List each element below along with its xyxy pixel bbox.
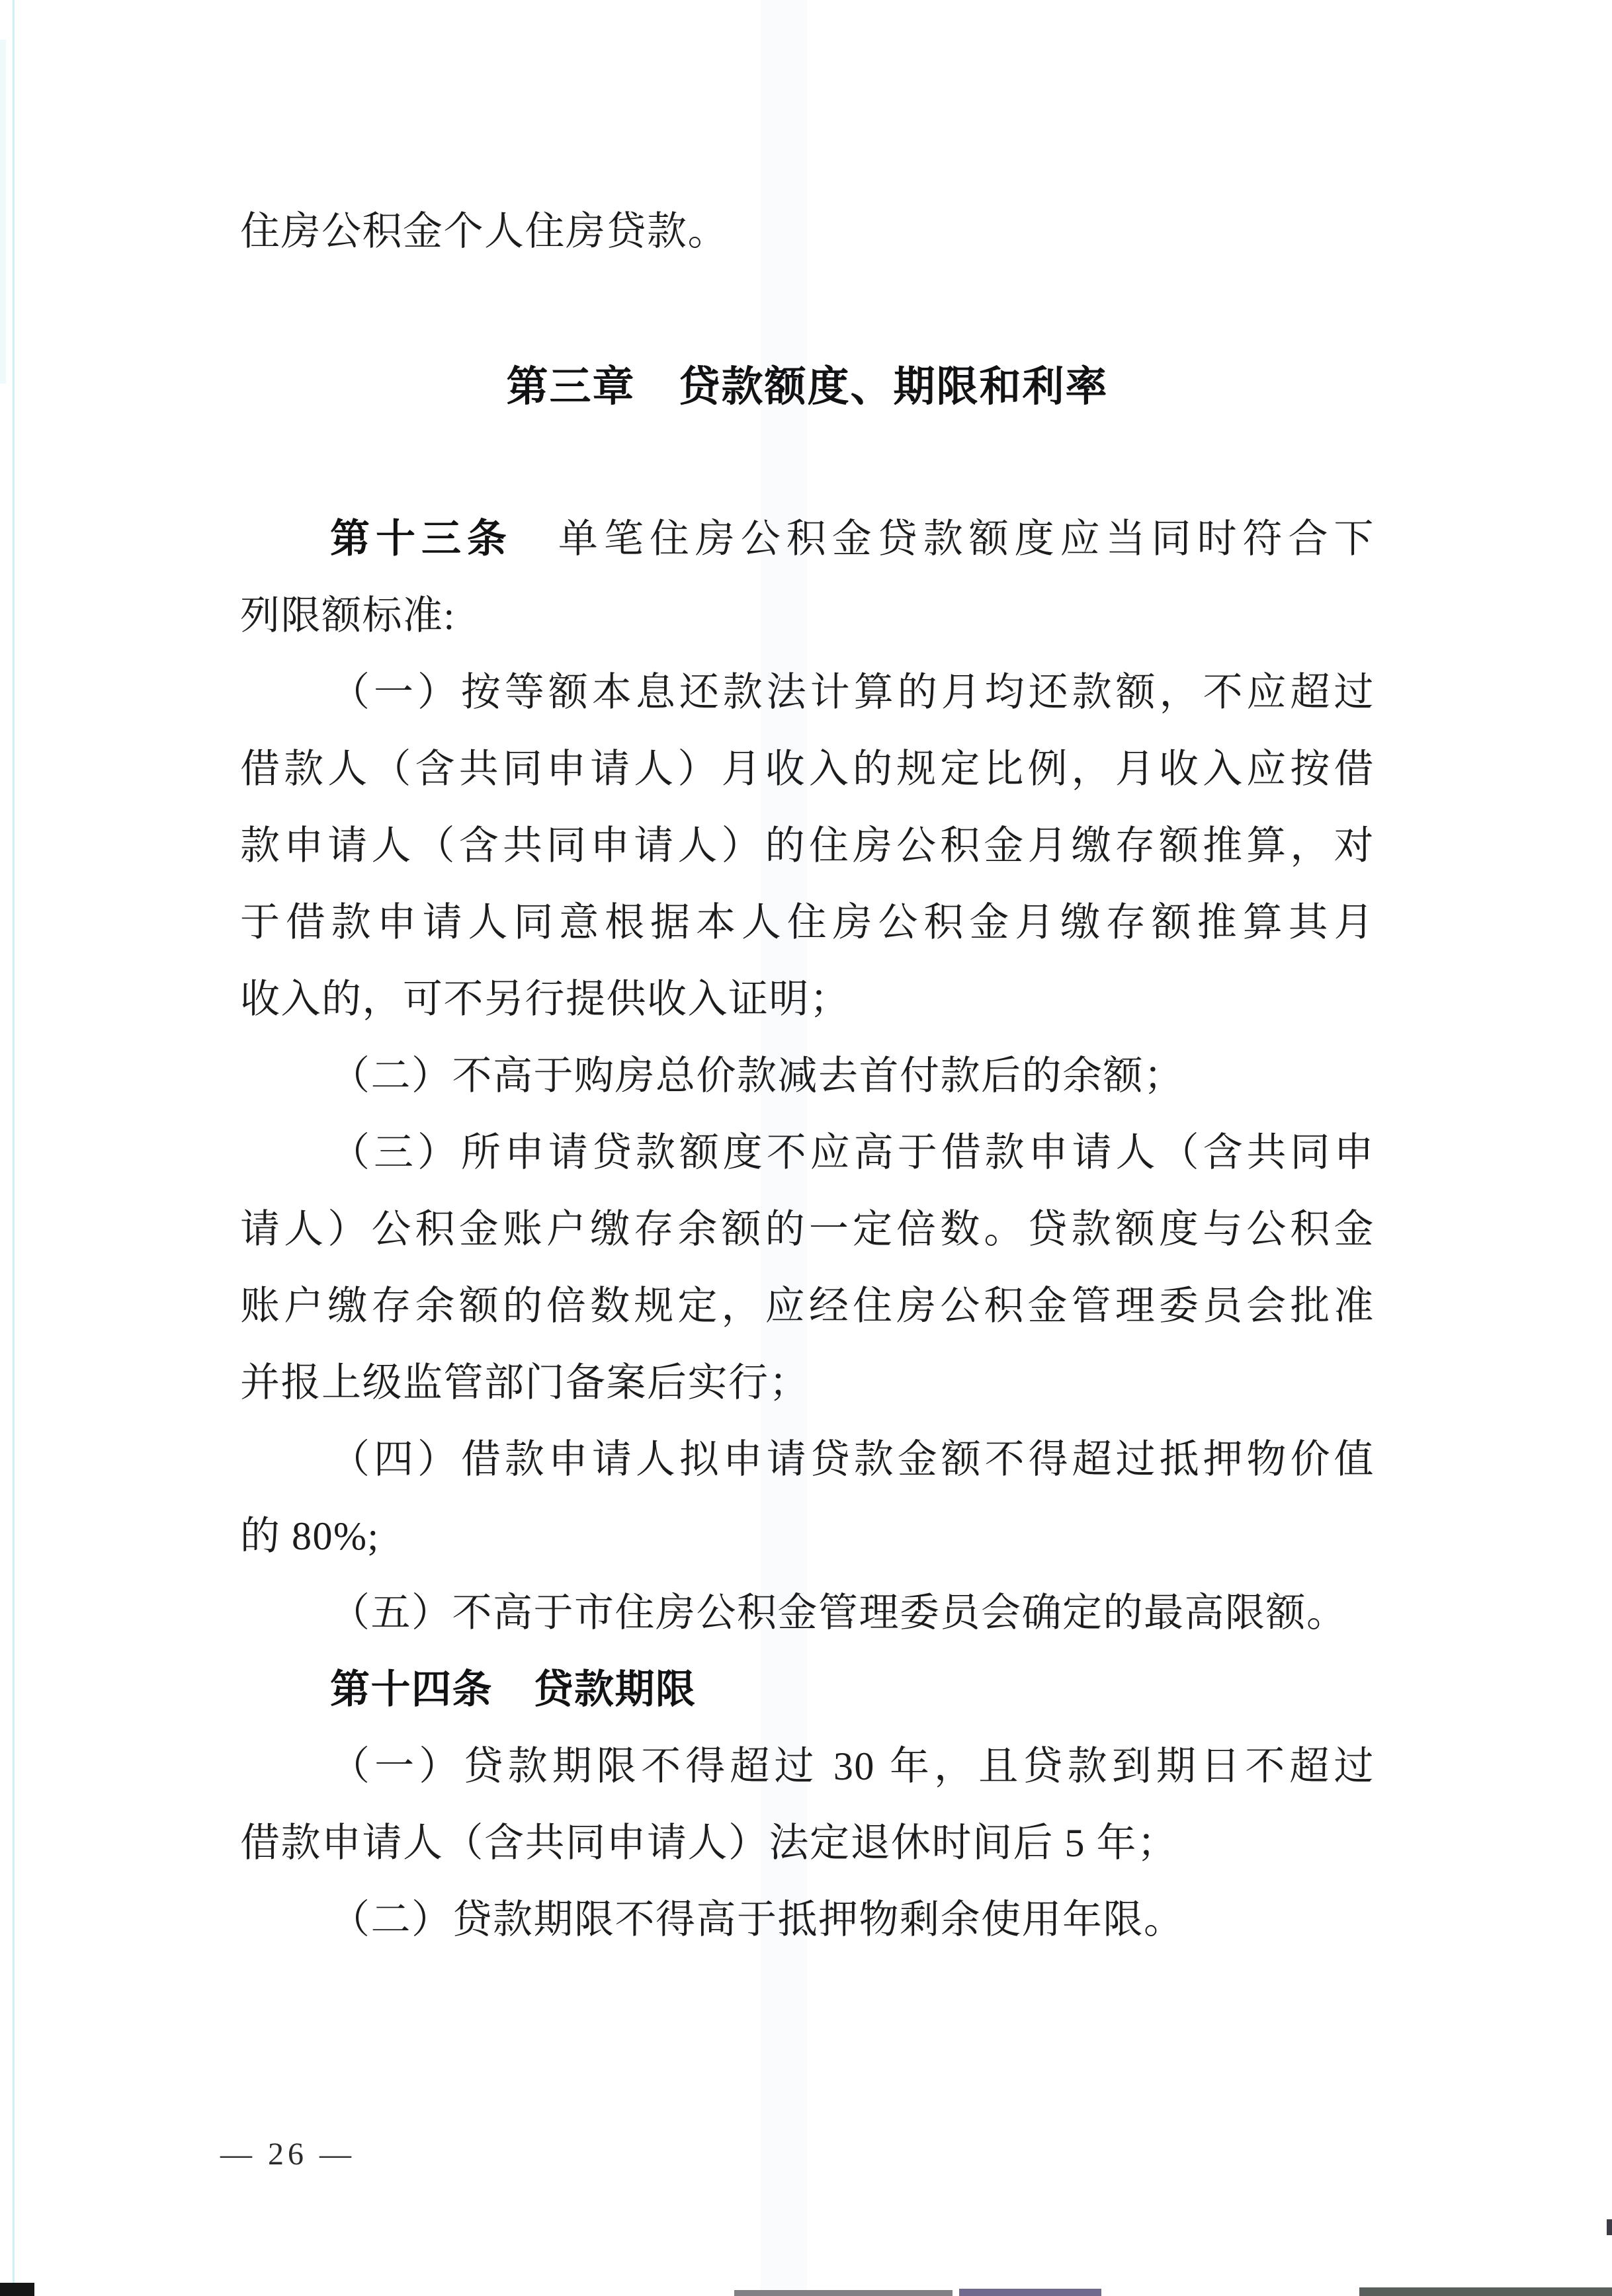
text-line: 借款申请人（含共同申请人）法定退休时间后 5 年； — [240, 1805, 1375, 1881]
line-text: （一）贷款期限不得超过 30 年，且贷款到期日不超过 — [330, 1744, 1375, 1788]
text-line: 账户缴存余额的倍数规定，应经住房公积金管理委员会批准 — [240, 1268, 1375, 1344]
text-line: （二）不高于购房总价款减去首付款后的余额； — [240, 1038, 1375, 1114]
chapter-heading: 第三章 贷款额度、期限和利率 — [240, 348, 1375, 425]
scan-artifact-bottom-edge — [1359, 2287, 1612, 2296]
line-text: （四）借款申请人拟申请贷款金额不得超过抵押物价值 — [330, 1438, 1375, 1481]
continuation-line: 住房公积金个人住房贷款。 — [240, 193, 1375, 270]
text-line: 于借款申请人同意根据本人住房公积金月缴存额推算其月 — [240, 884, 1375, 961]
scan-artifact-bottom-edge — [734, 2290, 953, 2296]
text-line: （三）所申请贷款额度不应高于借款申请人（含共同申 — [240, 1114, 1375, 1191]
text-line: （五）不高于市住房公积金管理委员会确定的最高限额。 — [240, 1575, 1375, 1651]
text-line: 借款人（含共同申请人）月收入的规定比例，月收入应按借 — [240, 731, 1375, 807]
scan-artifact-corner-mark — [0, 2283, 34, 2296]
line-text: （二）不高于购房总价款减去首付款后的余额； — [330, 1054, 1185, 1098]
line-text: 请人）公积金账户缴存余额的一定倍数。贷款额度与公积金 — [240, 1208, 1375, 1251]
text-line: 请人）公积金账户缴存余额的一定倍数。贷款额度与公积金 — [240, 1191, 1375, 1268]
text-line: 第十三条 单笔住房公积金贷款额度应当同时符合下 — [240, 501, 1375, 577]
body-text: 第十三条 单笔住房公积金贷款额度应当同时符合下列限额标准:（一）按等额本息还款法… — [240, 501, 1375, 1958]
scan-artifact-left-blob — [0, 40, 6, 384]
line-text: （二）贷款期限不得高于抵押物剩余使用年限。 — [330, 1898, 1185, 1942]
line-text: 并报上级监管部门备案后实行； — [240, 1361, 810, 1405]
text-line: 的 80%; — [240, 1498, 1375, 1575]
text-line: 款申请人（含共同申请人）的住房公积金月缴存额推算，对 — [240, 807, 1375, 884]
line-text: （五）不高于市住房公积金管理委员会确定的最高限额。 — [330, 1591, 1347, 1635]
line-text: 单笔住房公积金贷款额度应当同时符合下 — [513, 517, 1375, 561]
line-text: 的 80%; — [240, 1514, 380, 1558]
line-text: （一）按等额本息还款法计算的月均还款额，不应超过 — [330, 671, 1375, 714]
line-text: 于借款申请人同意根据本人住房公积金月缴存额推算其月 — [240, 901, 1375, 944]
scan-artifact-cyan-line — [13, 0, 15, 2288]
page-number: — 26 — — [220, 2128, 355, 2181]
line-text: 借款申请人（含共同申请人）法定退休时间后 5 年； — [240, 1821, 1178, 1865]
scan-artifact-right-tick — [1607, 2219, 1612, 2235]
text-line: 收入的，可不另行提供收入证明； — [240, 961, 1375, 1038]
document-page: 住房公积金个人住房贷款。 第三章 贷款额度、期限和利率 第十三条 单笔住房公积金… — [0, 0, 1612, 2296]
line-text: 收入的，可不另行提供收入证明； — [240, 977, 851, 1021]
text-line: 并报上级监管部门备案后实行； — [240, 1344, 1375, 1421]
article-number: 第十三条 — [330, 517, 513, 561]
line-text: 账户缴存余额的倍数规定，应经住房公积金管理委员会批准 — [240, 1284, 1375, 1328]
text-line: （四）借款申请人拟申请贷款金额不得超过抵押物价值 — [240, 1421, 1375, 1498]
text-line: （一）贷款期限不得超过 30 年，且贷款到期日不超过 — [240, 1728, 1375, 1805]
line-text: 款申请人（含共同申请人）的住房公积金月缴存额推算，对 — [240, 824, 1375, 868]
text-line: 第十四条 贷款期限 — [240, 1651, 1375, 1728]
text-line: 列限额标准: — [240, 577, 1375, 654]
text-line: （一）按等额本息还款法计算的月均还款额，不应超过 — [240, 654, 1375, 731]
line-text: 借款人（含共同申请人）月收入的规定比例，月收入应按借 — [240, 747, 1375, 791]
article-number: 第十四条 贷款期限 — [330, 1668, 697, 1711]
scan-artifact-bottom-edge — [959, 2289, 1101, 2296]
text-line: （二）贷款期限不得高于抵押物剩余使用年限。 — [240, 1881, 1375, 1958]
line-text: 列限额标准: — [240, 594, 456, 637]
line-text: （三）所申请贷款额度不应高于借款申请人（含共同申 — [330, 1131, 1375, 1174]
